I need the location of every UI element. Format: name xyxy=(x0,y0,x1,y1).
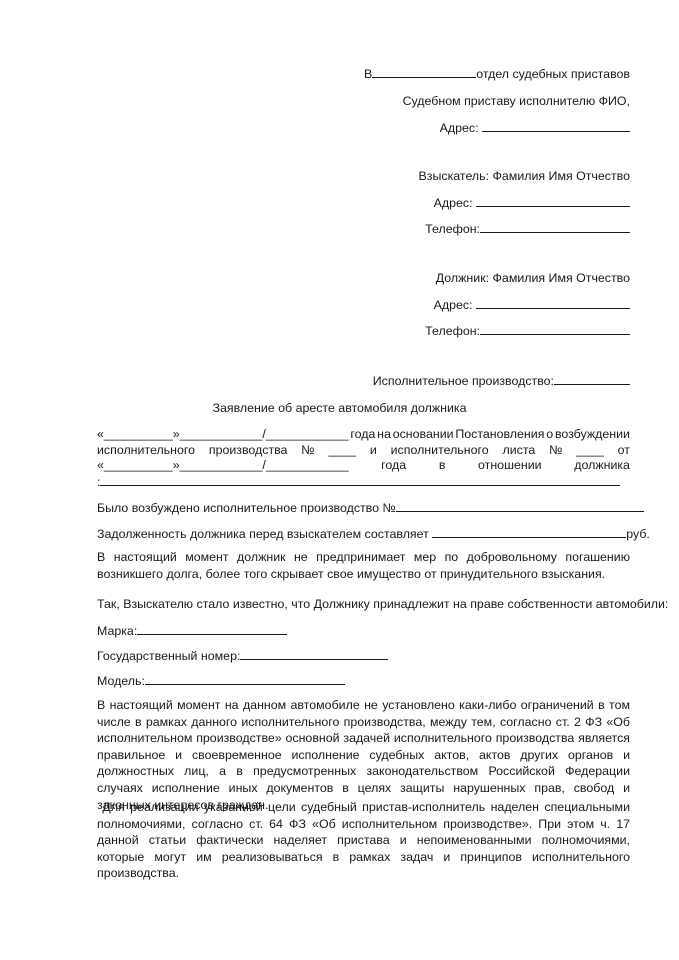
car-plate-blank[interactable] xyxy=(240,648,388,660)
claimant-address-label: Адрес: xyxy=(434,196,473,210)
department-blank[interactable] xyxy=(372,66,476,78)
debtor-address-label: Адрес: xyxy=(434,298,473,312)
debtor-name-blank[interactable] xyxy=(100,474,620,486)
car-plate-label: Государственный номер: xyxy=(97,649,240,663)
word: о xyxy=(546,427,553,443)
number-blank: ____ xyxy=(576,443,604,459)
paragraph-3: В настоящий момент на данном автомобиле … xyxy=(97,697,630,813)
debt-line: Задолженность должника перед взыскателем… xyxy=(97,526,650,541)
document-page: Вотдел судебных приставов Судебном прист… xyxy=(0,0,679,960)
word: возбуждении xyxy=(555,427,630,443)
word: № xyxy=(549,443,562,459)
word: в xyxy=(439,458,446,474)
claimant-phone-blank[interactable] xyxy=(480,221,630,233)
word: основании xyxy=(393,427,454,443)
department-prefix: В xyxy=(364,67,372,81)
proceeding-started-line: Было возбуждено исполнительное производс… xyxy=(97,500,644,515)
car-brand-blank[interactable] xyxy=(137,623,287,635)
document-title: Заявление об аресте автомобиля должника xyxy=(0,401,679,415)
addressee: Судебном приставу исполнителю ФИО, xyxy=(403,94,630,108)
debtor-address-line: Адрес: xyxy=(434,297,630,312)
intro-block: «__________»____________/____________ го… xyxy=(97,427,630,490)
date-blank: «__________»____________/____________ xyxy=(97,427,349,443)
debt-label: Задолженность должника перед взыскателем… xyxy=(97,527,429,541)
word: исполнительного xyxy=(391,443,489,459)
word: № xyxy=(301,443,314,459)
car-model-line: Модель: xyxy=(97,673,345,688)
proceeding-label: Исполнительное производство: xyxy=(373,374,554,388)
debtor-phone-line: Телефон: xyxy=(425,323,630,338)
debt-amount-blank[interactable] xyxy=(432,526,626,538)
date-blank: «__________»____________/____________ xyxy=(97,458,349,474)
word: и xyxy=(370,443,377,459)
word: должника xyxy=(574,458,630,474)
word: исполнительного xyxy=(97,443,195,459)
proceeding-number-blank[interactable] xyxy=(396,500,644,512)
number-blank: ____ xyxy=(328,443,356,459)
paragraph-4: Для реализации указанной цели судебный п… xyxy=(97,799,630,882)
address-blank[interactable] xyxy=(482,120,630,132)
address-line: Адрес: xyxy=(440,120,630,135)
car-brand-line: Марка: xyxy=(97,623,287,638)
word: года xyxy=(350,427,375,443)
intro-line-1: «__________»____________/____________ го… xyxy=(97,427,630,443)
proceeding-started-label: Было возбуждено исполнительное производс… xyxy=(97,501,396,515)
claimant-address-blank[interactable] xyxy=(476,195,630,207)
car-model-label: Модель: xyxy=(97,674,145,688)
department-line: Вотдел судебных приставов xyxy=(364,66,630,81)
word: листа xyxy=(502,443,535,459)
claimant-phone-label: Телефон: xyxy=(425,222,480,236)
proceeding-line: Исполнительное производство: xyxy=(373,373,630,388)
claimant-phone-line: Телефон: xyxy=(425,221,630,236)
debt-currency: руб. xyxy=(626,527,650,541)
debtor-phone-label: Телефон: xyxy=(425,324,480,338)
debtor-address-blank[interactable] xyxy=(476,297,630,309)
intro-line-2: исполнительного производства № ____ и ис… xyxy=(97,443,630,459)
address-label: Адрес: xyxy=(440,121,479,135)
intro-line-4: : xyxy=(97,474,630,491)
debtor-phone-blank[interactable] xyxy=(480,323,630,335)
proceeding-blank[interactable] xyxy=(554,373,630,385)
car-brand-label: Марка: xyxy=(97,624,137,638)
car-plate-line: Государственный номер: xyxy=(97,648,388,663)
intro-line-3: «__________»____________/____________ го… xyxy=(97,458,630,474)
word: отношении xyxy=(478,458,542,474)
claimant: Взыскатель: Фамилия Имя Отчество xyxy=(419,169,630,183)
word: года xyxy=(381,458,406,474)
car-model-blank[interactable] xyxy=(145,673,345,685)
paragraph-1: В настоящий момент должник не предприним… xyxy=(97,549,630,582)
debtor: Должник: Фамилия Имя Отчество xyxy=(436,271,630,285)
word: производства xyxy=(209,443,288,459)
word: Постановления xyxy=(455,427,544,443)
department-suffix: отдел судебных приставов xyxy=(476,67,630,81)
word: на xyxy=(377,427,391,443)
paragraph-2: Так, Взыскателю стало известно, что Долж… xyxy=(97,597,668,611)
claimant-address-line: Адрес: xyxy=(434,195,630,210)
word: от xyxy=(618,443,630,459)
